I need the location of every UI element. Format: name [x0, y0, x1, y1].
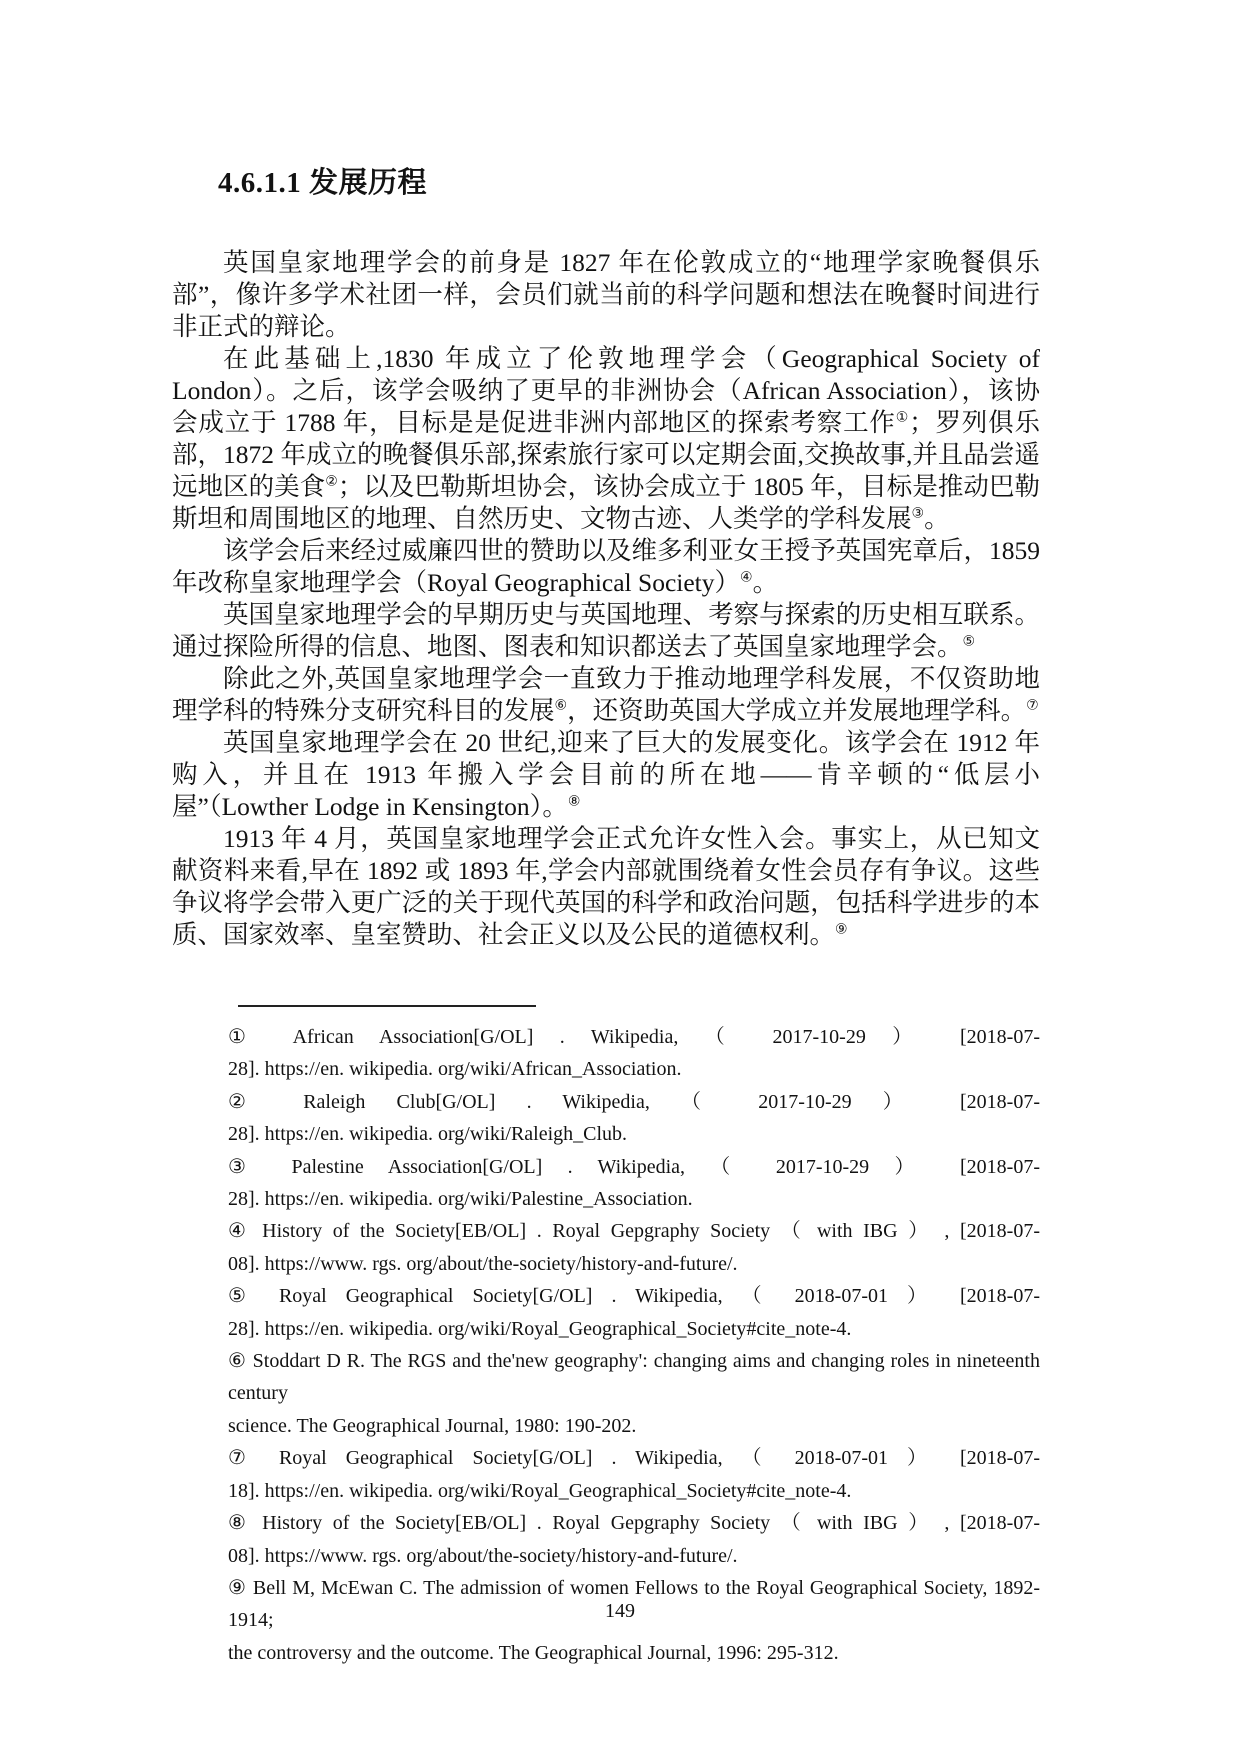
footnote-line: 28]. https://en. wikipedia. org/wiki/Ral…	[228, 1118, 1040, 1150]
paragraph: 该学会后来经过威廉四世的赞助以及维多利亚女王授予英国宪章后，1859 年改称皇家…	[172, 535, 1040, 599]
section-heading: 4.6.1.1 发展历程	[218, 160, 1040, 201]
footnote-separator	[238, 1005, 536, 1007]
paragraph: 1913 年 4 月，英国皇家地理学会正式允许女性入会。事实上，从已知文献资料来…	[172, 823, 1040, 951]
footnote-ref: ⑨	[835, 923, 848, 938]
footnote-line: 08]. https://www. rgs. org/about/the-soc…	[228, 1540, 1040, 1572]
footnote-ref: ②	[325, 475, 338, 490]
footnote-item: ⑦ Royal Geographical Society[G/OL] . Wik…	[228, 1442, 1040, 1507]
paragraph: 英国皇家地理学会在 20 世纪,迎来了巨大的发展变化。该学会在 1912 年购入…	[172, 727, 1040, 823]
page-number: 149	[0, 1600, 1240, 1623]
footnote-item: ④ History of the Society[EB/OL] . Royal …	[228, 1215, 1040, 1280]
footnote-line: ① African Association[G/OL] . Wikipedia,…	[228, 1021, 1040, 1053]
footnote-ref: ①	[896, 411, 909, 426]
footnote-item: ② Raleigh Club[G/OL] . Wikipedia, （ 2017…	[228, 1086, 1040, 1151]
footnote-line: 18]. https://en. wikipedia. org/wiki/Roy…	[228, 1475, 1040, 1507]
page-content: 4.6.1.1 发展历程 英国皇家地理学会的前身是 1827 年在伦敦成立的“地…	[172, 160, 1040, 1669]
footnote-ref: ⑤	[963, 635, 976, 650]
footnote-line: ⑧ History of the Society[EB/OL] . Royal …	[228, 1507, 1040, 1539]
footnote-line: ④ History of the Society[EB/OL] . Royal …	[228, 1215, 1040, 1247]
footnote-line: 28]. https://en. wikipedia. org/wiki/Pal…	[228, 1183, 1040, 1215]
footnote-line: ⑥ Stoddart D R. The RGS and the'new geog…	[228, 1345, 1040, 1410]
footnote-ref: ④	[740, 571, 753, 586]
footnote-item: ⑥ Stoddart D R. The RGS and the'new geog…	[228, 1345, 1040, 1442]
footnote-line: 08]. https://www. rgs. org/about/the-soc…	[228, 1248, 1040, 1280]
paragraph: 在此基础上,1830 年成立了伦敦地理学会（Geographical Socie…	[172, 343, 1040, 535]
footnote-item: ① African Association[G/OL] . Wikipedia,…	[228, 1021, 1040, 1086]
paragraph: 除此之外,英国皇家地理学会一直致力于推动地理学科发展，不仅资助地理学科的特殊分支…	[172, 663, 1040, 727]
footnote-line: 28]. https://en. wikipedia. org/wiki/Roy…	[228, 1313, 1040, 1345]
footnote-line: 28]. https://en. wikipedia. org/wiki/Afr…	[228, 1053, 1040, 1085]
body-paragraphs: 英国皇家地理学会的前身是 1827 年在伦敦成立的“地理学家晚餐俱乐部”，像许多…	[172, 247, 1040, 951]
footnote-line: the controversy and the outcome. The Geo…	[228, 1637, 1040, 1669]
footnote-item: ⑤ Royal Geographical Society[G/OL] . Wik…	[228, 1280, 1040, 1345]
footnote-line: ⑦ Royal Geographical Society[G/OL] . Wik…	[228, 1442, 1040, 1474]
footnote-item: ③ Palestine Association[G/OL] . Wikipedi…	[228, 1151, 1040, 1216]
document-page: 4.6.1.1 发展历程 英国皇家地理学会的前身是 1827 年在伦敦成立的“地…	[0, 0, 1240, 1753]
footnote-item: ⑧ History of the Society[EB/OL] . Royal …	[228, 1507, 1040, 1572]
footnote-line: ③ Palestine Association[G/OL] . Wikipedi…	[228, 1151, 1040, 1183]
footnote-line: ⑤ Royal Geographical Society[G/OL] . Wik…	[228, 1280, 1040, 1312]
footnote-ref: ⑥	[555, 699, 568, 714]
footnote-ref: ⑦	[1026, 699, 1039, 714]
footnote-ref: ③	[912, 507, 925, 522]
paragraph: 英国皇家地理学会的前身是 1827 年在伦敦成立的“地理学家晚餐俱乐部”，像许多…	[172, 247, 1040, 343]
paragraph: 英国皇家地理学会的早期历史与英国地理、考察与探索的历史相互联系。通过探险所得的信…	[172, 599, 1040, 663]
footnote-line: ② Raleigh Club[G/OL] . Wikipedia, （ 2017…	[228, 1086, 1040, 1118]
footnotes: ① African Association[G/OL] . Wikipedia,…	[228, 1021, 1040, 1669]
footnote-line: science. The Geographical Journal, 1980:…	[228, 1410, 1040, 1442]
footnote-ref: ⑧	[568, 795, 581, 810]
